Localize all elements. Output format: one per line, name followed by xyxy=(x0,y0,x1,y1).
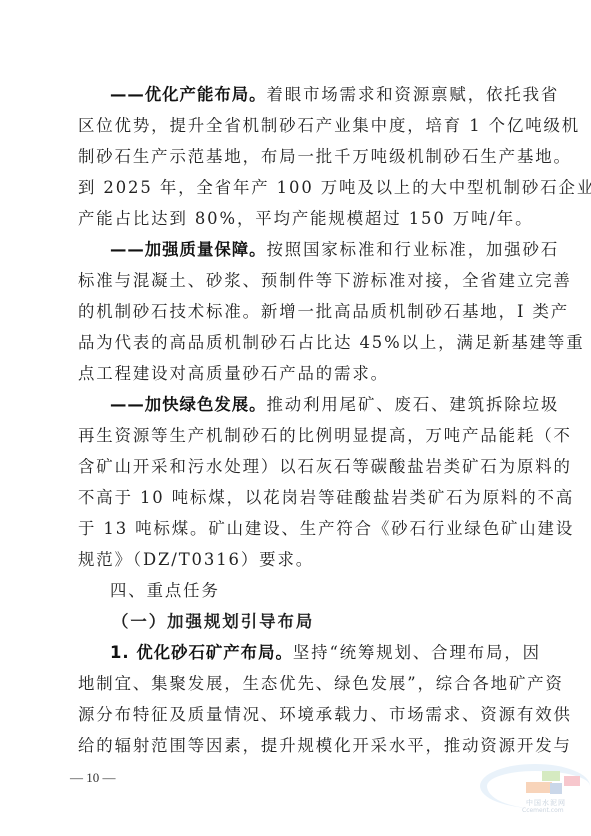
paragraph-line: 产能占比达到 80%，平均产能规模超过 150 万吨/年。 xyxy=(78,204,512,234)
logo-square-icon xyxy=(526,782,552,793)
paragraph-line: 再生资源等生产机制砂石的比例明显提高，万吨产品能耗（不 xyxy=(78,421,512,451)
paragraph-line: ——加强质量保障。按照国家标准和行业标准，加强砂石 xyxy=(110,235,512,265)
paragraph-line: 不高于 10 吨标煤，以花岗岩等硅酸盐岩类矿石为原料的不高 xyxy=(78,483,512,513)
logo-square-icon xyxy=(564,776,580,786)
paragraph-line: 到 2025 年，全省年产 100 万吨及以上的大中型机制砂石企业 xyxy=(78,173,512,203)
watermark-en-text: Ccement.com xyxy=(522,807,564,814)
subsection-heading: （一）加强规划引导布局 xyxy=(112,607,514,637)
paragraph-line: 标准与混凝土、砂浆、预制件等下游标准对接，全省建立完善 xyxy=(78,266,512,296)
watermark-logo: 中国水泥网 Ccement.com xyxy=(480,760,590,820)
paragraph-line: 含矿山开采和污水处理）以石灰石等碳酸盐岩类矿石为原料的 xyxy=(78,452,512,482)
paragraph-line: 给的辐射范围等因素，提升规模化开采水平，推动资源开发与 xyxy=(78,731,512,761)
paragraph-line: 1. 优化砂石矿产布局。坚持“统筹规划、合理布局，因 xyxy=(110,638,512,668)
logo-square-icon xyxy=(550,783,562,794)
paragraph-title: ——加快绿色发展。 xyxy=(110,395,267,414)
page-number: — 10 — xyxy=(70,770,116,786)
paragraph-line: ——加快绿色发展。推动利用尾矿、废石、建筑拆除垃圾 xyxy=(110,390,512,420)
paragraph-line: 的机制砂石技术标准。新增一批高品质机制砂石基地，I 类产 xyxy=(78,297,512,327)
section-heading: 四、重点任务 xyxy=(110,576,512,606)
paragraph-line: 品为代表的高品质机制砂石占比达 45%以上，满足新基建等重 xyxy=(78,328,512,358)
paragraph-line: 于 13 吨标煤。矿山建设、生产符合《砂石行业绿色矿山建设 xyxy=(78,514,512,544)
paragraph-line: 制砂石生产示范基地，布局一批千万吨级机制砂石生产基地。 xyxy=(78,142,512,172)
paragraph-line: 源分布特征及质量情况、环境承载力、市场需求、资源有效供 xyxy=(78,700,512,730)
paragraph-title: ——优化产能布局。 xyxy=(110,85,267,104)
paragraph-title: ——加强质量保障。 xyxy=(110,240,267,259)
document-page: ——优化产能布局。着眼市场需求和资源禀赋，依托我省 区位优势，提升全省机制砂石产… xyxy=(0,0,591,836)
paragraph-line: 点工程建设对高质量砂石产品的需求。 xyxy=(78,359,512,389)
paragraph-line: 区位优势，提升全省机制砂石产业集中度，培育 1 个亿吨级机 xyxy=(78,111,512,141)
logo-square-icon xyxy=(542,771,560,781)
item-title: 1. 优化砂石矿产布局。 xyxy=(110,643,293,662)
paragraph-line: ——优化产能布局。着眼市场需求和资源禀赋，依托我省 xyxy=(110,80,512,110)
paragraph-line: 地制宜、集聚发展，生态优先、绿色发展”，综合各地矿产资 xyxy=(78,669,512,699)
paragraph-line: 规范》（DZ/T0316）要求。 xyxy=(78,545,512,575)
